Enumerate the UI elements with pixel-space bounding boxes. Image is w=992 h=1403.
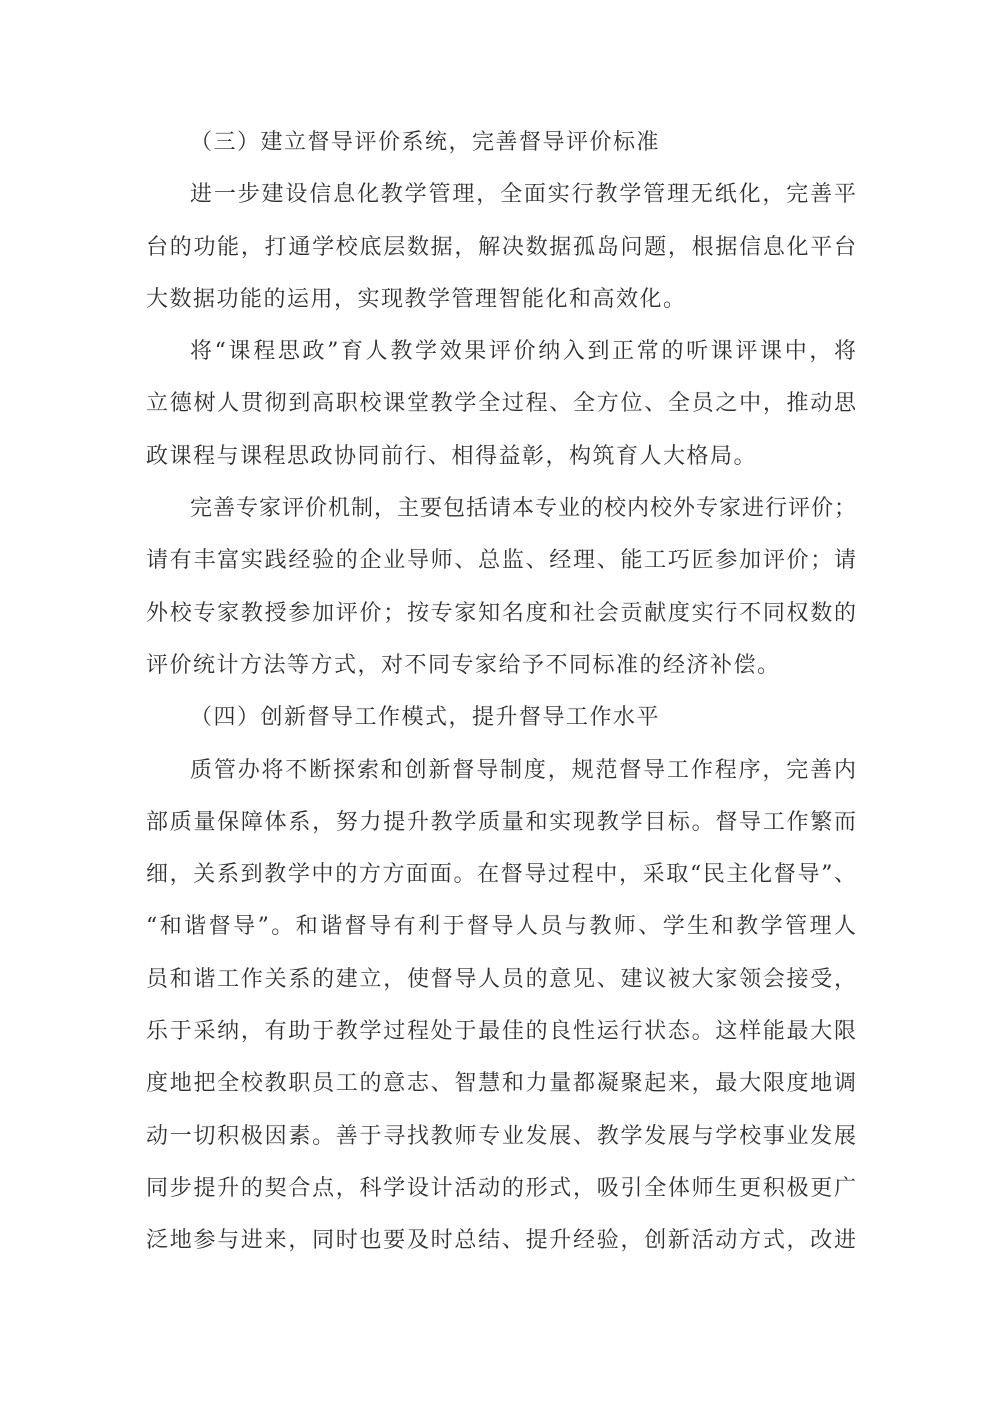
paragraph-4-line-10: 泛地参与进来，同时也要及时总结、提升经验，创新活动方式，改进: [146, 1215, 856, 1267]
paragraph-2-line-1: 将“课程思政”育人教学效果评价纳入到正常的听课评课中，将: [146, 326, 856, 378]
paragraph-4-line-8: 动一切积极因素。善于寻找教师专业发展、教学发展与学校事业发展: [146, 1111, 856, 1163]
section-heading-3: （三）建立督导评价系统，完善督导评价标准: [146, 117, 856, 169]
paragraph-2-line-3: 政课程与课程思政协同前行、相得益彰，构筑育人大格局。: [146, 431, 856, 483]
document-content: （三）建立督导评价系统，完善督导评价标准 进一步建设信息化教学管理，全面实行教学…: [146, 117, 856, 1268]
document-page: （三）建立督导评价系统，完善督导评价标准 进一步建设信息化教学管理，全面实行教学…: [0, 0, 992, 1403]
paragraph-4-line-1: 质管办将不断探索和创新督导制度，规范督导工作程序，完善内: [146, 745, 856, 797]
paragraph-4-line-9: 同步提升的契合点，科学设计活动的形式，吸引全体师生更积极更广: [146, 1163, 856, 1215]
paragraph-4-line-3: 细，关系到教学中的方方面面。在督导过程中，采取“民主化督导”、: [146, 849, 856, 901]
paragraph-4-line-2: 部质量保障体系，努力提升教学质量和实现教学目标。督导工作繁而: [146, 797, 856, 849]
paragraph-4-line-4: “和谐督导”。和谐督导有利于督导人员与教师、学生和教学管理人: [146, 901, 856, 953]
paragraph-2-line-2: 立德树人贯彻到高职校课堂教学全过程、全方位、全员之中，推动思: [146, 378, 856, 430]
paragraph-3-line-2: 请有丰富实践经验的企业导师、总监、经理、能工巧匠参加评价；请: [146, 535, 856, 587]
paragraph-3-line-4: 评价统计方法等方式，对不同专家给予不同标准的经济补偿。: [146, 640, 856, 692]
section-heading-4: （四）创新督导工作模式，提升督导工作水平: [146, 692, 856, 744]
paragraph-1-line-3: 大数据功能的运用，实现教学管理智能化和高效化。: [146, 274, 856, 326]
paragraph-4-line-5: 员和谐工作关系的建立，使督导人员的意见、建议被大家领会接受，: [146, 954, 856, 1006]
paragraph-1-line-2: 台的功能，打通学校底层数据，解决数据孤岛问题，根据信息化平台: [146, 222, 856, 274]
paragraph-4-line-7: 度地把全校教职员工的意志、智慧和力量都凝聚起来，最大限度地调: [146, 1058, 856, 1110]
paragraph-4-line-6: 乐于采纳，有助于教学过程处于最佳的良性运行状态。这样能最大限: [146, 1006, 856, 1058]
paragraph-3-line-1: 完善专家评价机制，主要包括请本专业的校内校外专家进行评价；: [146, 483, 856, 535]
paragraph-1-line-1: 进一步建设信息化教学管理，全面实行教学管理无纸化，完善平: [146, 169, 856, 221]
paragraph-3-line-3: 外校专家教授参加评价；按专家知名度和社会贡献度实行不同权数的: [146, 588, 856, 640]
